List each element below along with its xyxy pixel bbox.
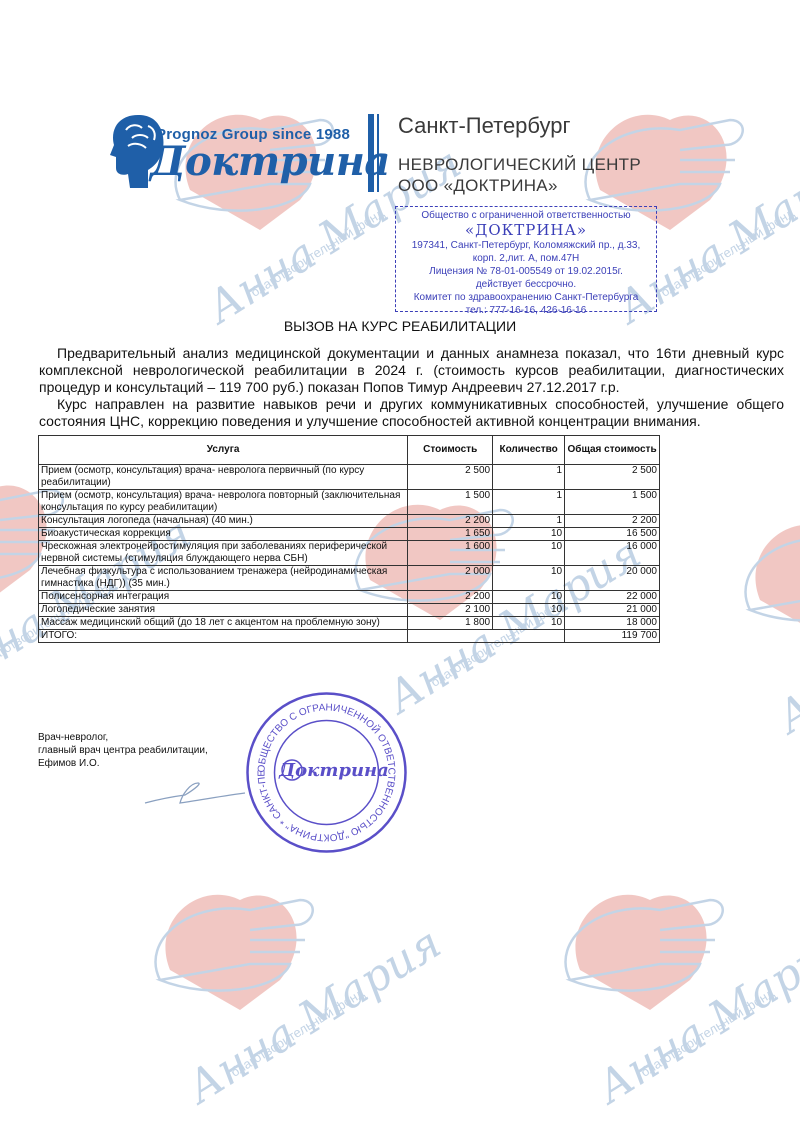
watermark: Анна Мария благотворительный фонд: [540, 840, 800, 1090]
document-title: ВЫЗОВ НА КУРС РЕАБИЛИТАЦИИ: [0, 318, 800, 334]
qty-cell: 10: [493, 566, 565, 591]
signer-position: Врач-невролог,: [38, 731, 208, 744]
city: Санкт-Петербург: [398, 113, 571, 139]
total-cell: 20 000: [565, 566, 660, 591]
header-price: Стоимость: [408, 436, 493, 465]
price-cell: 1 800: [408, 617, 493, 630]
total-cell: 22 000: [565, 591, 660, 604]
watermark: Анна Мария: [720, 470, 800, 720]
table-row: Прием (осмотр, консультация) врача- невр…: [39, 490, 660, 515]
divider: [368, 114, 374, 192]
center-name-line2: ООО «ДОКТРИНА»: [398, 175, 641, 196]
table-row: Прием (осмотр, консультация) врача- невр…: [39, 465, 660, 490]
center-name: НЕВРОЛОГИЧЕСКИЙ ЦЕНТР ООО «ДОКТРИНА»: [398, 154, 641, 196]
watermark-script: Анна Мария: [588, 917, 800, 1113]
total-cell: 18 000: [565, 617, 660, 630]
stamp-company: «ДОКТРИНА»: [396, 222, 656, 239]
total-cell: 16 000: [565, 541, 660, 566]
price-cell: 2 200: [408, 591, 493, 604]
total-empty: [408, 630, 565, 643]
qty-cell: 1: [493, 490, 565, 515]
round-seal-icon: ОБЩЕСТВО С ОГРАНИЧЕННОЙ ОТВЕТСТВЕННОСТЬЮ…: [244, 690, 409, 855]
qty-cell: 10: [493, 617, 565, 630]
stamp-line: Комитет по здравоохранению Санкт-Петербу…: [396, 291, 656, 304]
header-service: Услуга: [39, 436, 408, 465]
service-cell: Чрескожная электронейростимуляция при за…: [39, 541, 408, 566]
table-row: Чрескожная электронейростимуляция при за…: [39, 541, 660, 566]
qty-cell: 10: [493, 591, 565, 604]
service-cell: Логопедические занятия: [39, 604, 408, 617]
total-cell: 2 200: [565, 515, 660, 528]
price-cell: 1 600: [408, 541, 493, 566]
total-value: 119 700: [565, 630, 660, 643]
price-cell: 1 650: [408, 528, 493, 541]
table-row: Логопедические занятия2 1001021 000: [39, 604, 660, 617]
service-cell: Полисенсорная интеграция: [39, 591, 408, 604]
total-cell: 16 500: [565, 528, 660, 541]
paragraph-text: Курс направлен на развитие навыков речи …: [39, 396, 784, 429]
service-cell: Прием (осмотр, консультация) врача- невр…: [39, 490, 408, 515]
hand-heart-icon: [720, 470, 800, 720]
watermark: Анна Мария благотворительный фонд: [130, 840, 390, 1090]
total-row: ИТОГО: 119 700: [39, 630, 660, 643]
service-cell: Консультация логопеда (начальная) (40 ми…: [39, 515, 408, 528]
paragraph-text: Предварительный анализ медицинской докум…: [39, 345, 784, 395]
total-cell: 1 500: [565, 490, 660, 515]
address-stamp: Общество с ограниченной ответственностью…: [395, 206, 657, 312]
total-label: ИТОГО:: [39, 630, 408, 643]
stamp-line: тел.: 777-16-16, 426-16-16: [396, 304, 656, 317]
letterhead: Prognoz Group since 1988 Доктрина Санкт-…: [108, 108, 668, 198]
qty-cell: 10: [493, 541, 565, 566]
header-total: Общая стоимость: [565, 436, 660, 465]
watermark-script: Анна Мария: [768, 547, 800, 743]
center-name-line1: НЕВРОЛОГИЧЕСКИЙ ЦЕНТР: [398, 154, 641, 175]
total-cell: 2 500: [565, 465, 660, 490]
price-cell: 2 100: [408, 604, 493, 617]
hand-heart-icon: [130, 840, 390, 1090]
signer-title: главный врач центра реабилитации,: [38, 744, 208, 757]
watermark-subtitle: благотворительный фонд: [638, 985, 777, 1080]
table-row: Массаж медицинский общий (до 18 лет с ак…: [39, 617, 660, 630]
logo-name: Доктрина: [150, 138, 390, 185]
qty-cell: 1: [493, 515, 565, 528]
price-cell: 2 200: [408, 515, 493, 528]
table-header-row: Услуга Стоимость Количество Общая стоимо…: [39, 436, 660, 465]
handwritten-signature-icon: [140, 775, 260, 815]
table-row: Консультация логопеда (начальная) (40 ми…: [39, 515, 660, 528]
service-cell: Массаж медицинский общий (до 18 лет с ак…: [39, 617, 408, 630]
svg-text:Доктрина: Доктрина: [278, 760, 389, 781]
price-cell: 2 500: [408, 465, 493, 490]
table-row: Биоакустическая коррекция1 6501016 500: [39, 528, 660, 541]
table-row: Полисенсорная интеграция2 2001022 000: [39, 591, 660, 604]
watermark-subtitle: благотворительный фонд: [658, 205, 797, 300]
hand-heart-icon: [540, 840, 800, 1090]
stamp-line: Лицензия № 78-01-005549 от 19.02.2015г.: [396, 265, 656, 278]
stamp-line: действует бессрочно.: [396, 278, 656, 291]
price-cell: 1 500: [408, 490, 493, 515]
stamp-line: корп. 2,лит. А, пом.47Н: [396, 252, 656, 265]
service-cell: Биоакустическая коррекция: [39, 528, 408, 541]
watermark-script: Анна Мария: [178, 917, 450, 1113]
price-cell: 2 000: [408, 566, 493, 591]
service-cell: Лечебная физкультура с использованием тр…: [39, 566, 408, 591]
qty-cell: 10: [493, 604, 565, 617]
signature-block: Врач-невролог, главный врач центра реаби…: [38, 731, 208, 770]
watermark-subtitle: благотворительный фонд: [228, 985, 367, 1080]
paragraph: Курс направлен на развитие навыков речи …: [39, 396, 784, 430]
divider: [377, 114, 379, 192]
total-cell: 21 000: [565, 604, 660, 617]
stamp-line: 197341, Санкт-Петербург, Коломяжский пр.…: [396, 239, 656, 252]
service-cell: Прием (осмотр, консультация) врача- невр…: [39, 465, 408, 490]
services-table: Услуга Стоимость Количество Общая стоимо…: [38, 435, 660, 643]
paragraph: Предварительный анализ медицинской докум…: [39, 345, 784, 396]
qty-cell: 10: [493, 528, 565, 541]
watermark-subtitle: благотворительный фонд: [248, 205, 387, 300]
signer-name: Ефимов И.О.: [38, 757, 208, 770]
table-row: Лечебная физкультура с использованием тр…: [39, 566, 660, 591]
header-qty: Количество: [493, 436, 565, 465]
qty-cell: 1: [493, 465, 565, 490]
